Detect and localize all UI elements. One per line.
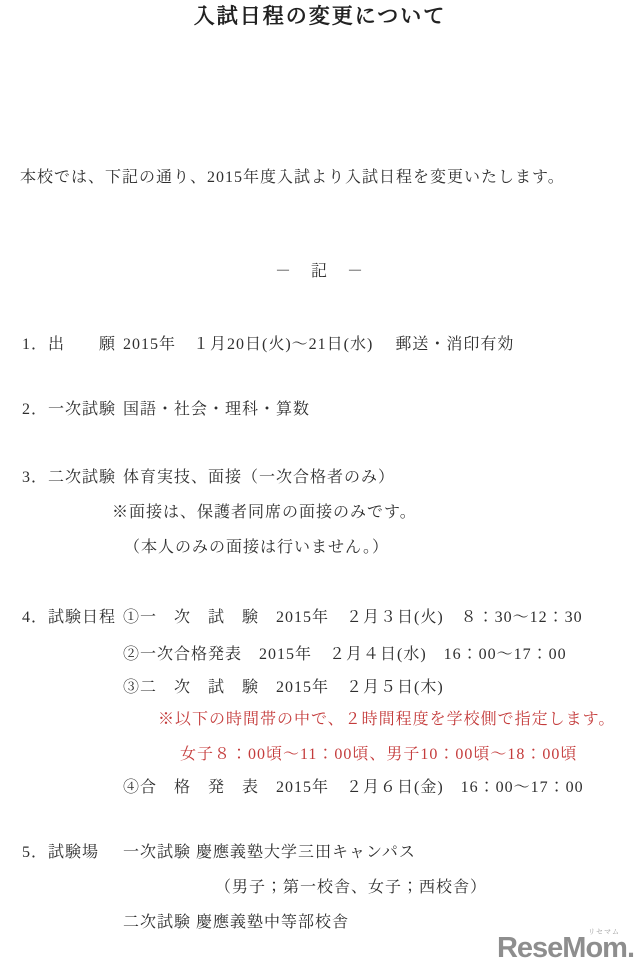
item-3-note-parenthetical: （本人のみの面接は行いません。） xyxy=(124,538,389,558)
item-5-label: 5．試験場 xyxy=(22,843,123,863)
item-3-value: 体育実技、面接（一次合格者のみ） xyxy=(123,468,395,488)
item-4-schedule-4: ④合 格 発 表 2015年 ２月６日(金) 16：00～17：00 xyxy=(123,778,584,798)
intro-text: 本校では、下記の通り、2015年度入試より入試日程を変更いたします。 xyxy=(20,168,565,188)
item-4-red-note-2: 女子８：00頃～11：00頃、男子10：00頃～18：00頃 xyxy=(180,745,577,765)
resemom-logo: リセマム ReseMom. xyxy=(497,927,634,962)
item-3-label: 3．二次試験 xyxy=(22,468,123,488)
item-2-value: 国語・社会・理科・算数 xyxy=(123,400,310,420)
item-5-venue-1: 一次試験 慶應義塾大学三田キャンパス xyxy=(123,843,416,863)
record-marker: － 記 － xyxy=(0,262,640,282)
item-1-application: 1．出 願 2015年 １月20日(火)～21日(水) 郵送・消印有効 xyxy=(22,335,514,355)
item-4-schedule-2: ②一次合格発表 2015年 ２月４日(水) 16：00～17：00 xyxy=(123,645,567,665)
item-1-label: 1．出 願 xyxy=(22,335,123,355)
item-4-exam-schedule: 4．試験日程 ①一 次 試 験 2015年 ２月３日(火) ８：30～12：30 xyxy=(22,608,583,628)
item-4-label: 4．試験日程 xyxy=(22,608,123,628)
item-1-value: 2015年 １月20日(火)～21日(水) 郵送・消印有効 xyxy=(123,335,514,355)
item-3-second-exam: 3．二次試験 体育実技、面接（一次合格者のみ） xyxy=(22,468,395,488)
logo-ruby-text: リセマム xyxy=(588,927,620,937)
document-page: 入試日程の変更について 本校では、下記の通り、2015年度入試より入試日程を変更… xyxy=(0,0,640,968)
item-2-label: 2．一次試験 xyxy=(22,400,123,420)
item-5-exam-venue: 5．試験場 一次試験 慶應義塾大学三田キャンパス xyxy=(22,843,416,863)
item-4-red-note-1: ※以下の時間帯の中で、２時間程度を学校側で指定します。 xyxy=(158,710,615,730)
item-3-note-interview: ※面接は、保護者同席の面接のみです。 xyxy=(112,503,417,523)
item-4-schedule-3: ③二 次 試 験 2015年 ２月５日(木) xyxy=(123,678,444,698)
item-5-venue-1-note: （男子；第一校舎、女子；西校舎） xyxy=(215,878,487,898)
page-title: 入試日程の変更について xyxy=(0,0,640,30)
item-5-venue-2: 二次試験 慶應義塾中等部校舎 xyxy=(123,913,349,933)
item-4-schedule-1: ①一 次 試 験 2015年 ２月３日(火) ８：30～12：30 xyxy=(123,608,583,628)
item-2-first-exam: 2．一次試験 国語・社会・理科・算数 xyxy=(22,400,310,420)
